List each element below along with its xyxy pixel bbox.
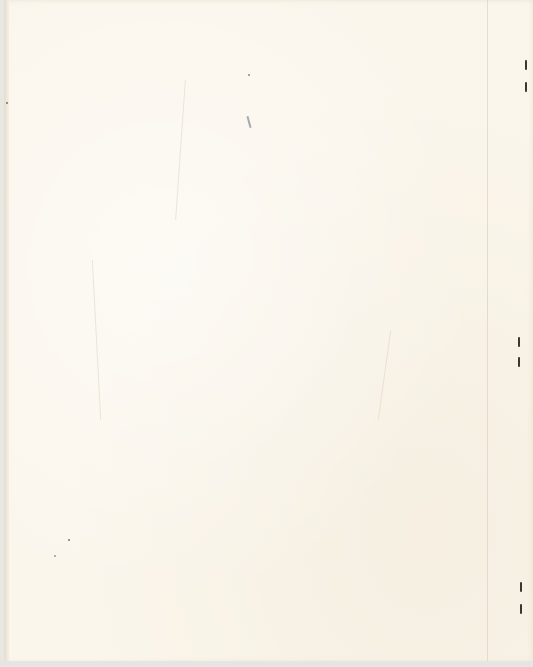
page-left-edge xyxy=(4,0,9,663)
paper-speck xyxy=(6,102,8,104)
paper-crease xyxy=(378,330,392,419)
staple-icon xyxy=(518,337,520,347)
paper-speck xyxy=(54,555,56,557)
staple-icon xyxy=(518,357,520,367)
staple-icon xyxy=(525,82,527,92)
scanner-bed-bottom xyxy=(0,661,533,667)
paper-crease xyxy=(92,260,101,420)
staple-icon xyxy=(520,604,522,614)
binding-fold-line xyxy=(487,0,488,663)
staple-icon xyxy=(525,60,527,70)
paper-crease xyxy=(175,80,186,220)
pencil-mark xyxy=(246,116,251,128)
blank-paper-page xyxy=(4,0,533,663)
paper-speck xyxy=(248,74,250,76)
staple-icon xyxy=(520,582,522,592)
paper-speck xyxy=(68,539,70,541)
